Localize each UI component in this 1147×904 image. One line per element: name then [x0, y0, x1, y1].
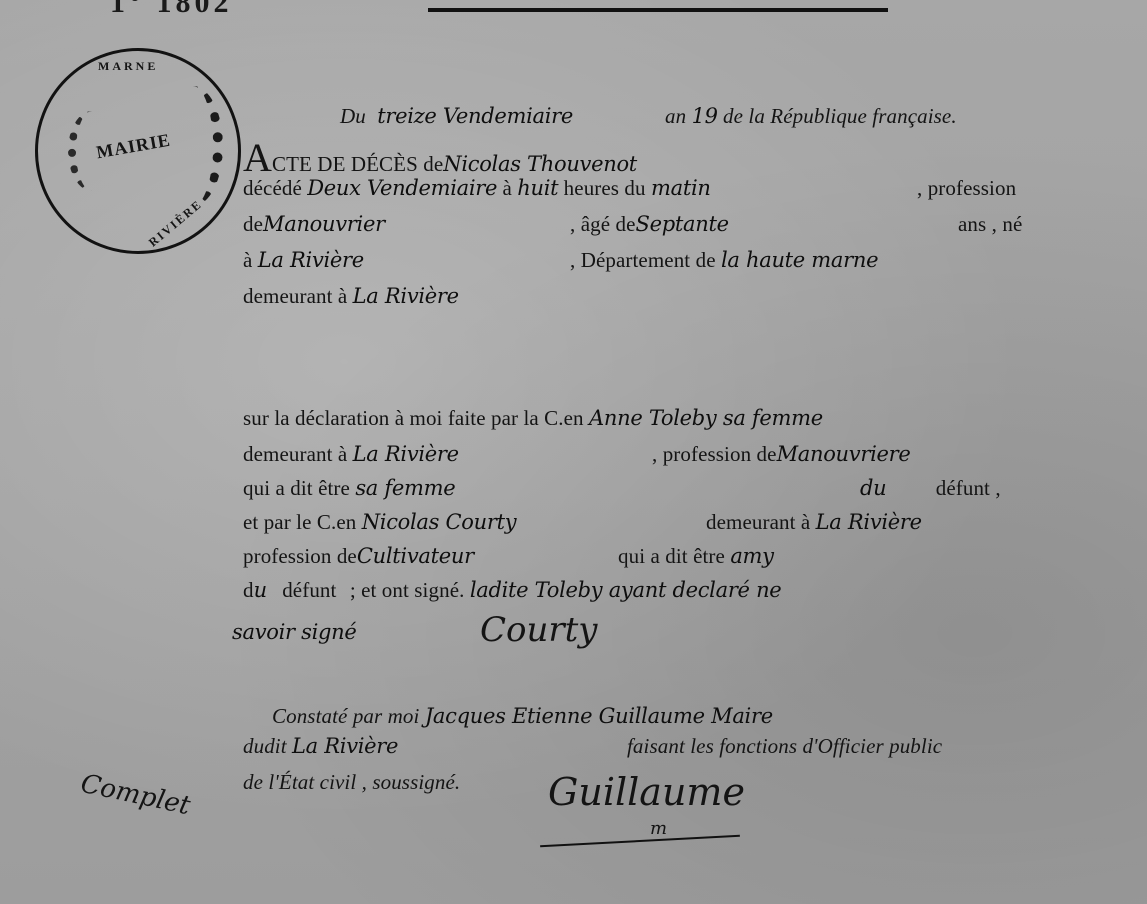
- a-label: à: [503, 176, 512, 200]
- constate-label: Constaté par moi: [272, 704, 419, 728]
- note-handwritten-line2: savoir signé: [232, 620, 357, 644]
- declaration-line-2: demeurant à La Rivière: [243, 442, 459, 467]
- act-title-initial: A: [243, 135, 272, 180]
- note-handwritten-line1: ladite Toleby ayant declaré ne: [470, 578, 782, 602]
- de-label-2: de: [243, 212, 263, 236]
- demeurant-label: demeurant à: [243, 284, 347, 308]
- du-defunt-1: du défunt ,: [860, 476, 1001, 501]
- republic-label: de la République française.: [723, 104, 957, 128]
- declarant1-name-handwritten: Anne Toleby sa femme: [589, 406, 823, 430]
- declaration-line-6: du défunt ; et ont signé. ladite Toleby …: [243, 578, 781, 603]
- relation2-line: qui a dit être amy: [618, 544, 774, 569]
- fonctions-label: faisant les fonctions d'Officier public: [627, 734, 942, 759]
- declaration-line-5: profession deCultivateur: [243, 544, 474, 569]
- profession-label-3: profession de: [243, 544, 357, 568]
- death-date-handwritten: Deux Vendemiaire: [307, 176, 497, 200]
- place-handwritten: La Rivière: [292, 734, 398, 758]
- birthplace-handwritten: La Rivière: [258, 248, 364, 272]
- etat-civil-label: de l'État civil , soussigné.: [243, 770, 460, 795]
- wreath-icon: [163, 86, 223, 206]
- defunt-label-2: défunt: [282, 578, 336, 602]
- date-line-right: an 19 de la République française.: [665, 104, 957, 129]
- du-suffix-handwritten: u: [254, 578, 267, 602]
- age-label: , âgé de: [570, 212, 636, 236]
- declaration-line-1: sur la déclaration à moi faite par la C.…: [243, 406, 823, 431]
- d-label: d: [243, 578, 254, 602]
- qui-a-dit-label: qui a dit être: [243, 476, 350, 500]
- du-handwritten: du: [860, 476, 886, 500]
- et-par-le-label: et par le C.en: [243, 510, 356, 534]
- relation1-handwritten: sa femme: [355, 476, 455, 500]
- year-handwritten: 19: [692, 104, 718, 128]
- de-label: de: [423, 152, 443, 176]
- decede-label: décédé: [243, 176, 302, 200]
- heures-label: heures du: [564, 176, 646, 200]
- officer-name-handwritten: Jacques Etienne Guillaume Maire: [425, 704, 773, 728]
- signature-flourish-text: m: [650, 818, 667, 839]
- an-label: an: [665, 104, 686, 128]
- profession-label: , profession: [917, 176, 1016, 201]
- department-handwritten: la haute marne: [721, 248, 878, 272]
- seal-bottom-text: RIVIÈRE: [146, 197, 206, 251]
- declaration-label: sur la déclaration à moi faite par la C.…: [243, 406, 584, 430]
- ont-signe-label: ; et ont signé.: [350, 578, 465, 602]
- age-line: , âgé deSeptante: [570, 212, 729, 237]
- declaration-line-4: et par le C.en Nicolas Courty: [243, 510, 516, 535]
- date-day-handwritten: treize Vendemiaire: [377, 104, 573, 128]
- demeurant-label-2: demeurant à: [243, 442, 347, 466]
- department-line: , Département de la haute marne: [570, 248, 878, 273]
- profession-line: deManouvrier: [243, 212, 385, 237]
- declarant2-residence-handwritten: La Rivière: [816, 510, 922, 534]
- death-date-line: décédé Deux Vendemiaire à huit heures du…: [243, 176, 711, 201]
- top-rule: [428, 8, 888, 12]
- date-prefix: Du: [340, 104, 366, 128]
- hour-handwritten: huit: [517, 176, 558, 200]
- seal-top-text: MARNE: [98, 59, 158, 74]
- signature-officer: Guillaume: [548, 770, 745, 814]
- profession-handwritten: Manouvrier: [263, 212, 385, 236]
- demeurant-label-3: demeurant à: [706, 510, 810, 534]
- ans-ne-label: ans , né: [958, 212, 1022, 237]
- declarant2-name-handwritten: Nicolas Courty: [362, 510, 517, 534]
- deceased-name-handwritten: Nicolas Thouvenot: [443, 152, 637, 176]
- act-title-line: ACTE DE DÉCÈS deNicolas Thouvenot: [243, 138, 637, 178]
- signature-flourish-line: [540, 835, 740, 847]
- birthplace-line: à La Rivière: [243, 248, 364, 273]
- declaration-line-3: qui a dit être sa femme: [243, 476, 455, 501]
- date-line: Du treize Vendemiaire: [340, 104, 579, 129]
- register-number-fragment: 1° 1802: [110, 0, 233, 20]
- profession-label-2: , profession de: [652, 442, 777, 466]
- declarant1-residence-handwritten: La Rivière: [353, 442, 459, 466]
- document-page: 1° 1802 MARNE MAIRIE RIVIÈRE Du treize V…: [0, 0, 1147, 904]
- margin-note-handwritten: Complet: [78, 769, 193, 821]
- dudit-label: dudit: [243, 734, 287, 758]
- relation2-handwritten: amy: [730, 544, 773, 568]
- signature-courty: Courty: [480, 610, 598, 650]
- declarant2-residence-line: demeurant à La Rivière: [706, 510, 922, 535]
- residence-line: demeurant à La Rivière: [243, 284, 459, 309]
- defunt-label: défunt ,: [936, 476, 1001, 500]
- certification-line-2: dudit La Rivière: [243, 734, 398, 759]
- declarant1-profession-line: , profession deManouvriere: [652, 442, 911, 467]
- qui-a-dit-label-2: qui a dit être: [618, 544, 725, 568]
- declarant2-profession-handwritten: Cultivateur: [357, 544, 474, 568]
- departement-label: , Département de: [570, 248, 716, 272]
- time-of-day-handwritten: matin: [651, 176, 711, 200]
- residence-handwritten: La Rivière: [353, 284, 459, 308]
- certification-line-1: Constaté par moi Jacques Etienne Guillau…: [272, 704, 773, 729]
- age-handwritten: Septante: [636, 212, 729, 236]
- act-title: CTE DE DÉCÈS: [272, 152, 418, 176]
- mairie-seal: MARNE MAIRIE RIVIÈRE: [35, 48, 241, 254]
- born-a-label: à: [243, 248, 252, 272]
- declarant1-profession-handwritten: Manouvriere: [777, 442, 911, 466]
